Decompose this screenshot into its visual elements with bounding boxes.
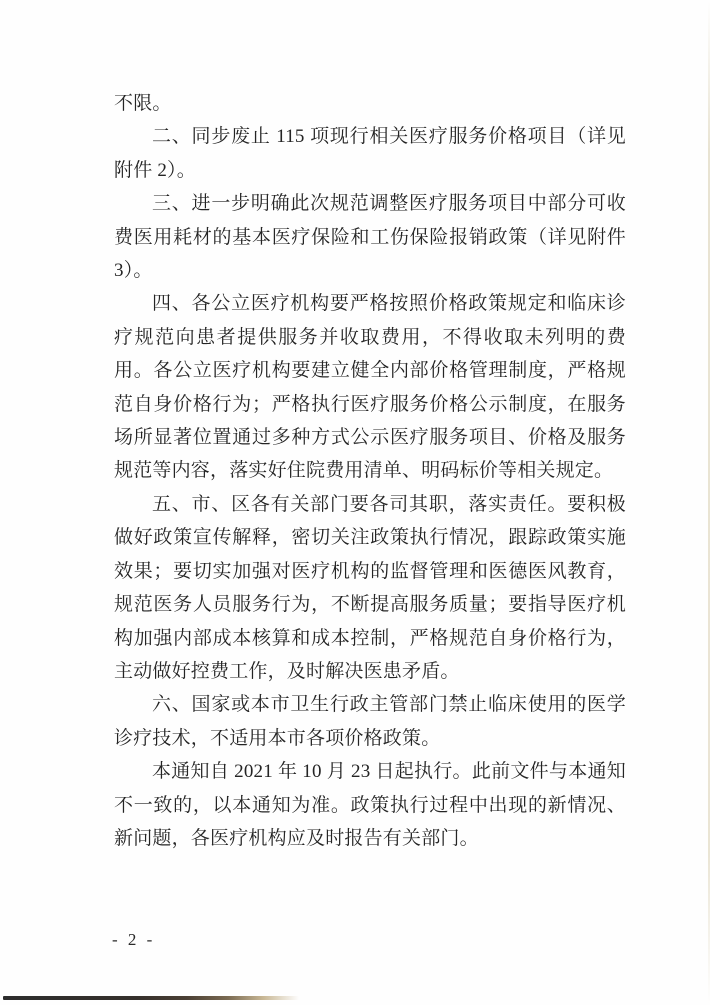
- para-section-2: 二、同步废止 115 项现行相关医疗服务价格项目（详见附件 2）。: [114, 120, 626, 187]
- document-page: 不限。 二、同步废止 115 项现行相关医疗服务价格项目（详见附件 2）。 三、…: [0, 0, 710, 1005]
- scan-edge-artifact-bottom: [3, 996, 299, 1000]
- para-section-6: 六、国家或本市卫生行政主管部门禁止临床使用的医学诊疗技术，不适用本市各项价格政策…: [114, 688, 626, 755]
- para-section-4: 四、各公立医疗机构要严格按照价格政策规定和临床诊疗规范向患者提供服务并收取费用，…: [114, 287, 626, 487]
- para-continuation: 不限。: [114, 87, 626, 120]
- page-number: - 2 -: [112, 930, 155, 950]
- document-body-text: 不限。 二、同步废止 115 项现行相关医疗服务价格项目（详见附件 2）。 三、…: [114, 87, 626, 855]
- para-section-5: 五、市、区各有关部门要各司其职，落实责任。要积极做好政策宣传解释，密切关注政策执…: [114, 488, 626, 688]
- para-effective-date: 本通知自 2021 年 10 月 23 日起执行。此前文件与本通知不一致的，以本…: [114, 755, 626, 855]
- para-section-3: 三、进一步明确此次规范调整医疗服务项目中部分可收费医用耗材的基本医疗保险和工伤保…: [114, 187, 626, 287]
